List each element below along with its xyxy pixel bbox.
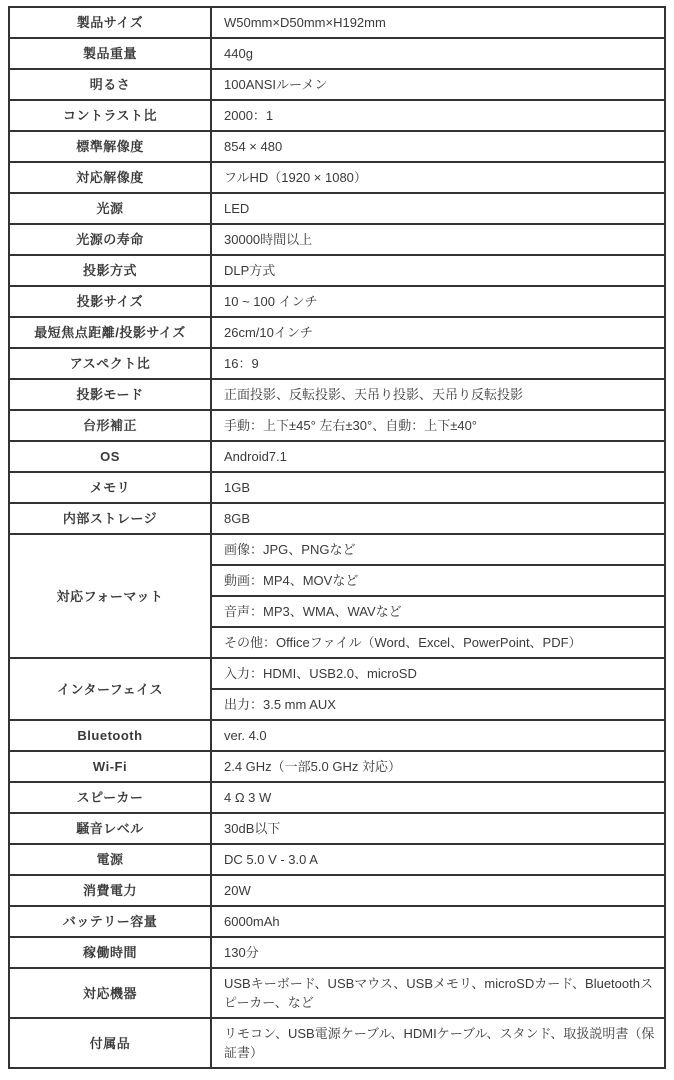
spec-value: 16：9 (211, 348, 665, 379)
table-row: 対応フォーマット画像：JPG、PNGなど (9, 534, 665, 565)
spec-value: LED (211, 193, 665, 224)
spec-value: Android7.1 (211, 441, 665, 472)
spec-table-container: 製品サイズW50mm×D50mm×H192mm製品重量440g明るさ100ANS… (0, 0, 674, 1075)
spec-label: Wi-Fi (9, 751, 211, 782)
spec-label: 光源 (9, 193, 211, 224)
table-row: 光源LED (9, 193, 665, 224)
table-row: 付属品リモコン、USB電源ケーブル、HDMIケーブル、スタンド、取扱説明書（保証… (9, 1018, 665, 1068)
spec-label: 消費電力 (9, 875, 211, 906)
table-row: コントラスト比2000：1 (9, 100, 665, 131)
spec-label: 製品重量 (9, 38, 211, 69)
spec-value: 100ANSIルーメン (211, 69, 665, 100)
table-row: 明るさ100ANSIルーメン (9, 69, 665, 100)
spec-label: 対応解像度 (9, 162, 211, 193)
spec-label: 対応フォーマット (9, 534, 211, 658)
spec-value: 2000：1 (211, 100, 665, 131)
spec-value: USBキーボード、USBマウス、USBメモリ、microSDカード、Blueto… (211, 968, 665, 1018)
spec-value: 8GB (211, 503, 665, 534)
spec-label: 台形補正 (9, 410, 211, 441)
table-row: インターフェイス入力：HDMI、USB2.0、microSD (9, 658, 665, 689)
spec-value: 30000時間以上 (211, 224, 665, 255)
spec-label: 対応機器 (9, 968, 211, 1018)
table-row: 対応解像度フルHD（1920 × 1080） (9, 162, 665, 193)
spec-value: 26cm/10インチ (211, 317, 665, 348)
spec-value: 1GB (211, 472, 665, 503)
spec-table-body: 製品サイズW50mm×D50mm×H192mm製品重量440g明るさ100ANS… (9, 7, 665, 1068)
spec-label: 内部ストレージ (9, 503, 211, 534)
spec-value: W50mm×D50mm×H192mm (211, 7, 665, 38)
table-row: 稼働時間130分 (9, 937, 665, 968)
spec-value: 130分 (211, 937, 665, 968)
table-row: 製品重量440g (9, 38, 665, 69)
spec-label: バッテリー容量 (9, 906, 211, 937)
spec-label: 標準解像度 (9, 131, 211, 162)
table-row: 投影モード正面投影、反転投影、天吊り投影、天吊り反転投影 (9, 379, 665, 410)
spec-value: 6000mAh (211, 906, 665, 937)
spec-label: スピーカー (9, 782, 211, 813)
spec-value: ver. 4.0 (211, 720, 665, 751)
spec-label: 電源 (9, 844, 211, 875)
spec-value: 手動：上下±45° 左右±30°、自動：上下±40° (211, 410, 665, 441)
spec-value: 440g (211, 38, 665, 69)
table-row: 標準解像度854 × 480 (9, 131, 665, 162)
spec-value: 30dB以下 (211, 813, 665, 844)
spec-value: DLP方式 (211, 255, 665, 286)
spec-value: 動画：MP4、MOVなど (211, 565, 665, 596)
spec-value: その他：Officeファイル（Word、Excel、PowerPoint、PDF… (211, 627, 665, 658)
spec-label: 稼働時間 (9, 937, 211, 968)
spec-value: 10 ~ 100 インチ (211, 286, 665, 317)
table-row: 最短焦点距離/投影サイズ26cm/10インチ (9, 317, 665, 348)
spec-label: 付属品 (9, 1018, 211, 1068)
table-row: Wi-Fi2.4 GHz（一部5.0 GHz 対応） (9, 751, 665, 782)
table-row: 内部ストレージ8GB (9, 503, 665, 534)
spec-label: コントラスト比 (9, 100, 211, 131)
spec-label: 明るさ (9, 69, 211, 100)
table-row: 製品サイズW50mm×D50mm×H192mm (9, 7, 665, 38)
spec-label: 騒音レベル (9, 813, 211, 844)
spec-value: フルHD（1920 × 1080） (211, 162, 665, 193)
spec-label: 最短焦点距離/投影サイズ (9, 317, 211, 348)
spec-value: 入力：HDMI、USB2.0、microSD (211, 658, 665, 689)
spec-value: 正面投影、反転投影、天吊り投影、天吊り反転投影 (211, 379, 665, 410)
spec-label: インターフェイス (9, 658, 211, 720)
table-row: メモリ1GB (9, 472, 665, 503)
spec-label: Bluetooth (9, 720, 211, 751)
table-row: 投影サイズ10 ~ 100 インチ (9, 286, 665, 317)
spec-value: DC 5.0 V - 3.0 A (211, 844, 665, 875)
table-row: OSAndroid7.1 (9, 441, 665, 472)
spec-label: 製品サイズ (9, 7, 211, 38)
table-row: 電源DC 5.0 V - 3.0 A (9, 844, 665, 875)
table-row: Bluetoothver. 4.0 (9, 720, 665, 751)
table-row: 光源の寿命30000時間以上 (9, 224, 665, 255)
table-row: 投影方式DLP方式 (9, 255, 665, 286)
spec-label: 光源の寿命 (9, 224, 211, 255)
spec-label: 投影モード (9, 379, 211, 410)
table-row: 消費電力20W (9, 875, 665, 906)
table-row: スピーカー4 Ω 3 W (9, 782, 665, 813)
table-row: 台形補正手動：上下±45° 左右±30°、自動：上下±40° (9, 410, 665, 441)
spec-value: 20W (211, 875, 665, 906)
table-row: 騒音レベル30dB以下 (9, 813, 665, 844)
spec-value: 出力：3.5 mm AUX (211, 689, 665, 720)
table-row: バッテリー容量6000mAh (9, 906, 665, 937)
product-spec-table: 製品サイズW50mm×D50mm×H192mm製品重量440g明るさ100ANS… (8, 6, 666, 1069)
table-row: アスペクト比16：9 (9, 348, 665, 379)
spec-label: 投影方式 (9, 255, 211, 286)
spec-value: 4 Ω 3 W (211, 782, 665, 813)
spec-value: 画像：JPG、PNGなど (211, 534, 665, 565)
spec-value: 音声：MP3、WMA、WAVなど (211, 596, 665, 627)
spec-value: リモコン、USB電源ケーブル、HDMIケーブル、スタンド、取扱説明書（保証書） (211, 1018, 665, 1068)
spec-label: メモリ (9, 472, 211, 503)
spec-value: 2.4 GHz（一部5.0 GHz 対応） (211, 751, 665, 782)
spec-label: OS (9, 441, 211, 472)
spec-label: 投影サイズ (9, 286, 211, 317)
spec-label: アスペクト比 (9, 348, 211, 379)
table-row: 対応機器USBキーボード、USBマウス、USBメモリ、microSDカード、Bl… (9, 968, 665, 1018)
spec-value: 854 × 480 (211, 131, 665, 162)
